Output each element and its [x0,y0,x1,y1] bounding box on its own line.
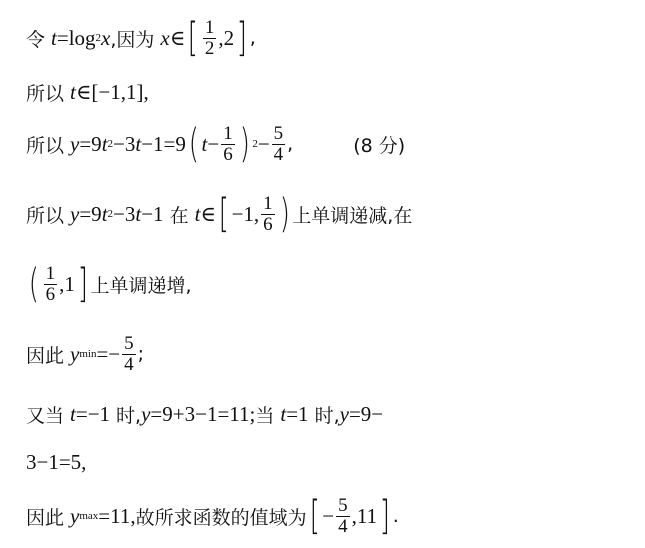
math: ,11 [352,504,377,529]
math: =log [57,26,96,51]
solution-line-6: 因此 y min =− 54 ; [26,334,144,374]
right-paren: ) [279,194,289,234]
subscript: max [79,510,98,522]
left-bracket: [ [188,18,198,58]
text: 所以 [26,79,64,106]
var-y: y [141,402,150,427]
text: . [393,505,399,527]
right-paren: ) [239,124,249,164]
math: =1 [286,402,308,427]
text: , [250,27,256,49]
math: ,1 [59,272,75,297]
math: −1=9 [141,132,186,157]
math: ,2 [218,26,234,51]
math: −3 [113,202,135,227]
solution-line-3: 所以 y =9 t 2 −3 t −1=9 ( t − 16 ) 2 − 54 … [26,124,405,164]
text: 因此 [26,341,64,368]
left-bracket: [ [309,496,319,536]
math: =9+3−1=11; [150,402,255,427]
math: =− [96,342,120,367]
subscript: min [79,348,96,360]
math: − [207,132,219,157]
fraction: 16 [221,124,235,165]
right-bracket: ] [237,18,247,58]
solution-line-1: 令 t =log 2 x ,因为 x ∈ [ 12 ,2 ] , [26,18,256,58]
text: 在 [170,201,189,228]
text: 所以 [26,131,64,158]
solution-line-7: 又当 t =−1 时, y =9+3−1=11; 当 t =1 时, y =9− [26,394,383,434]
math: =9− [349,402,383,427]
math: =9 [79,132,101,157]
fraction: 54 [272,124,286,165]
right-bracket: ] [78,264,88,304]
math: ∈ [200,202,216,227]
solution-line-2: 所以 t ∈[−1,1], [26,72,149,112]
math: ∈ [170,26,186,51]
var-y: y [70,342,79,367]
var-y: y [70,202,79,227]
solution-line-8: 3−1=5, [26,442,86,482]
left-paren: ( [189,124,199,164]
left-paren: ( [29,264,39,304]
var-y: y [70,504,79,529]
var-x: x [160,26,169,51]
math: −3 [113,132,135,157]
solution-line-5: ( 16 ,1 ] 上单调递增, [26,264,192,304]
text: 上单调递减,在 [292,201,412,228]
fraction: 16 [44,264,58,305]
var-y: y [340,402,349,427]
math: 3−1=5, [26,450,86,475]
text: 因此 [26,503,64,530]
var-y: y [70,132,79,157]
var-x: x [101,26,110,51]
math: ∈[−1,1], [76,80,149,105]
math: − [322,504,334,529]
solution-line-4: 所以 y =9 t 2 −3 t −1 在 t ∈ [ −1, 16 ) 上单调… [26,194,412,234]
math: −1, [232,202,260,227]
text: 时, [315,401,340,428]
math: =9 [79,202,101,227]
text: 又当 [26,401,64,428]
solution-line-9: 因此 y max =11, 故所求函数的值域为 [ − 54 ,11 ] . [26,496,399,536]
fraction: 54 [122,334,136,375]
text: 所以 [26,201,64,228]
text: 令 [26,25,45,52]
text: 上单调递增, [90,271,191,298]
score-annotation: (8 分) [353,131,405,158]
text: , [287,133,293,155]
fraction: 54 [336,496,350,537]
text: 时, [116,401,141,428]
math: − [258,132,270,157]
math: =11, [98,504,135,529]
text: 当 [255,401,274,428]
left-bracket: [ [219,194,229,234]
text: ,因为 [110,25,154,52]
text: ; [138,343,144,365]
text: 故所求函数的值域为 [136,503,307,530]
fraction: 12 [203,18,217,59]
math: −1 [141,202,163,227]
fraction: 16 [261,194,275,235]
right-bracket: ] [380,496,390,536]
math: =−1 [76,402,110,427]
